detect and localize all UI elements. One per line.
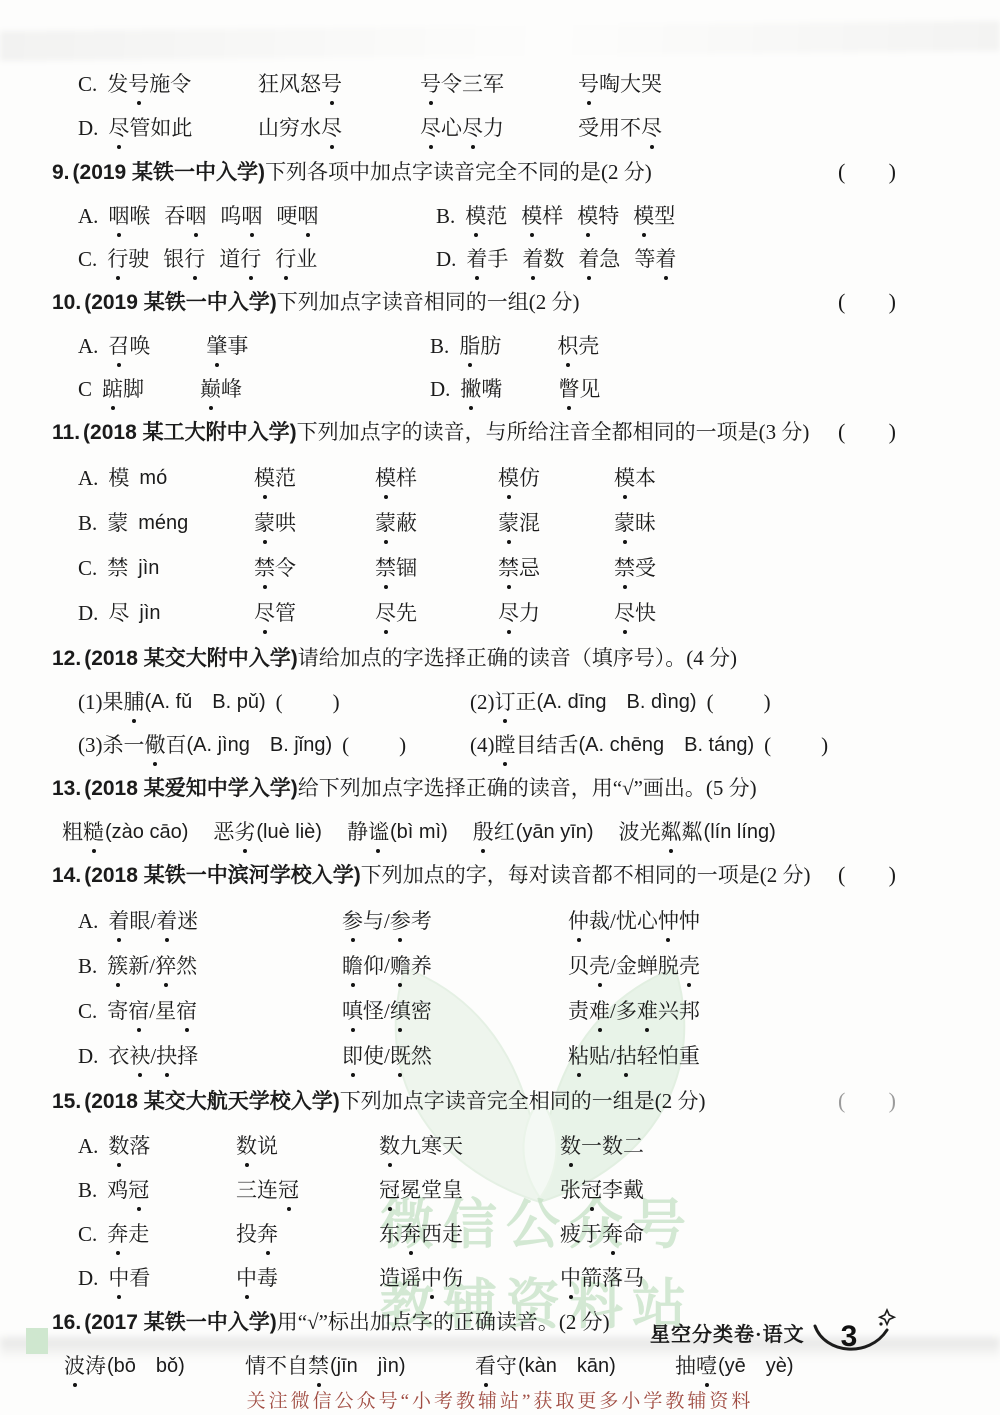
option-cell: 模范 <box>254 464 375 492</box>
word: 数九寒天 <box>379 1132 463 1160</box>
paren-open: ( <box>838 418 845 446</box>
word: 蒙昧 <box>614 509 656 537</box>
word: 吞咽 <box>164 202 206 230</box>
pinyin: mó <box>139 464 167 492</box>
paren-close: ) <box>889 158 896 186</box>
question-rows: (1)果脯(A. fǔ B. pǔ)()(2)订正(A. dīng B. dìn… <box>52 688 954 759</box>
emphasized-char: 糙 <box>83 818 104 846</box>
char: 裁 <box>589 907 610 935</box>
emphasized-char: 尽 <box>641 114 662 142</box>
emphasized-char: 奔 <box>400 1220 421 1248</box>
char: 如 <box>150 114 171 142</box>
option-cell: 尽心尽力 <box>420 114 578 142</box>
char: 新 <box>128 952 149 980</box>
emphasized-char: 禁 <box>375 554 396 582</box>
pinyin: jìn <box>138 554 159 582</box>
option-cell: B.蒙méng <box>78 509 254 537</box>
char: 轻 <box>637 1042 658 1070</box>
char: 快 <box>635 599 656 627</box>
char: 仿 <box>519 464 540 492</box>
option-label: (2) <box>470 688 495 716</box>
option-label: (4) <box>470 731 495 759</box>
paren-open: ( <box>838 288 845 316</box>
word-group: 山穷水尽 <box>258 114 342 142</box>
emphasized-char: 难 <box>589 997 610 1025</box>
option-row: D.衣袂/抉择即使/既然粘贴/拈轻怕重 <box>78 1042 954 1070</box>
word-group: 贝壳/金蝉脱壳 <box>568 952 700 980</box>
word: 中看 <box>108 1264 150 1292</box>
question-source: (2018 某爱知中学入学) <box>84 777 298 800</box>
emphasized-char: 抉 <box>156 1042 177 1070</box>
word-group: 蒙哄 <box>254 509 296 537</box>
char: 看 <box>129 1264 150 1292</box>
answer-bracket: () <box>838 288 896 316</box>
option-cell: 东奔西走 <box>379 1220 560 1248</box>
char: 走 <box>442 1220 463 1248</box>
char: 蒙 <box>107 509 128 537</box>
word: 杀一儆百 <box>103 731 187 759</box>
word-group: 号啕大哭 <box>578 70 662 98</box>
emphasized-char: 模 <box>498 464 519 492</box>
emphasized-char: 奔 <box>257 1220 278 1248</box>
word: 冠冕堂皇 <box>379 1176 463 1204</box>
emphasized-char: 中 <box>108 1264 129 1292</box>
word: 尽管如此 <box>108 114 192 142</box>
char: 杀 <box>103 731 124 759</box>
option-row: A.模mó模范模样模仿模本 <box>78 464 954 492</box>
char: 道 <box>219 245 240 273</box>
word-group: 疲于奔命 <box>560 1220 644 1248</box>
emphasized-char: 宿 <box>176 997 197 1025</box>
emphasized-char: 忡 <box>658 907 679 935</box>
char: 自 <box>287 1352 308 1380</box>
char: 哽 <box>276 202 297 230</box>
char: 狂 <box>258 70 279 98</box>
char: 于 <box>581 1220 602 1248</box>
word: 模范 <box>254 464 296 492</box>
emphasized-char: 谧 <box>368 818 389 846</box>
word-group: 殷红(yān yīn) <box>473 818 594 846</box>
emphasized-char: 脂 <box>459 332 480 360</box>
question-source: (2017 某铁一中入学) <box>84 1311 277 1334</box>
word: 果脯 <box>103 688 145 716</box>
char: 忌 <box>519 554 540 582</box>
word: 粘贴/拈轻怕重 <box>568 1042 700 1070</box>
word: 禁锢 <box>375 554 417 582</box>
char: 力 <box>483 114 504 142</box>
question-rows: A.召唤肇事B.脂肪枳壳C踮脚巅峰D.撇嘴瞥见 <box>52 332 954 403</box>
emphasized-char: 着 <box>655 245 676 273</box>
word-group: 号令三军 <box>420 70 504 98</box>
option-cell: (3)杀一儆百(A. jìng B. jǐng)() <box>78 731 470 759</box>
char: 怒 <box>300 70 321 98</box>
char: 走 <box>128 1220 149 1248</box>
emphasized-char: 既 <box>390 1042 411 1070</box>
pinyin-suffix: (luè liè) <box>256 818 322 846</box>
option-row: 粗糙(zào cāo)恶劣(luè liè)静谧(bì mì)殷红(yān yī… <box>62 818 954 846</box>
char: 果 <box>103 688 124 716</box>
emphasized-char: 奔 <box>107 1220 128 1248</box>
word-group: 张冠李戴 <box>560 1176 644 1204</box>
word-group: 尽管 <box>254 599 296 627</box>
emphasized-char: 宿 <box>128 997 149 1025</box>
question-header: 14.(2018 某铁一中滨河学校入学)下列加点的字，每对读音都不相同的一项是(… <box>52 861 954 890</box>
char: 受 <box>578 114 599 142</box>
word-group: 衣袂/抉择 <box>108 1042 198 1070</box>
paren-close: ) <box>889 288 896 316</box>
char: 呜 <box>220 202 241 230</box>
word: 发号施令 <box>107 70 191 98</box>
emphasized-char: 模 <box>614 464 635 492</box>
question-stem: 请给加点的字选择正确的读音（填序号）。(4 分) <box>298 646 737 670</box>
option-cell: 蒙混 <box>498 509 614 537</box>
word-group: 冠冕堂皇 <box>379 1176 463 1204</box>
char: 衣 <box>108 1042 129 1070</box>
emphasized-char: 数 <box>560 1132 581 1160</box>
option-label: D. <box>78 114 98 142</box>
option-cell: 尽管 <box>254 599 375 627</box>
emphasized-char: 踮 <box>102 375 123 403</box>
char: 哭 <box>641 70 662 98</box>
paren-close: ) <box>889 861 896 889</box>
question-stem: 用“√”标出加点字的正确读音。(2 分) <box>277 1310 610 1334</box>
word: 着急 <box>578 245 620 273</box>
option-label: C. <box>78 554 97 582</box>
pinyin-suffix: (lín líng) <box>704 818 776 846</box>
emphasized-char: 禁 <box>614 554 635 582</box>
option-cell: 中箭落马 <box>560 1264 954 1292</box>
word-group: 数九寒天 <box>379 1132 463 1160</box>
question-rows: A.着眼/着迷参与/参考仲裁/忧心忡忡B.簇新/猝然瞻仰/赡养贝壳/金蝉脱壳C.… <box>52 907 954 1070</box>
char: 情 <box>245 1352 266 1380</box>
option-label: B. <box>430 332 449 360</box>
word: 着手 <box>466 245 508 273</box>
word-group: 尽心尽力 <box>420 114 504 142</box>
char: 使 <box>363 1042 384 1070</box>
char: 戴 <box>623 1176 644 1204</box>
word: 等着 <box>634 245 676 273</box>
word-group: 参与/参考 <box>342 907 432 935</box>
word-group: 召唤肇事 <box>108 332 248 360</box>
emphasized-char: 袂 <box>129 1042 150 1070</box>
emphasized-char: 殷 <box>473 818 494 846</box>
option-row: A.着眼/着迷参与/参考仲裁/忧心忡忡 <box>78 907 954 935</box>
word-group: 着手着数着急等着 <box>466 245 676 273</box>
word-group: 粗糙(zào cāo) <box>62 818 188 846</box>
question-source: (2018 某交大附中入学) <box>84 647 298 670</box>
question-number: 12. <box>52 647 81 670</box>
char: 密 <box>411 997 432 1025</box>
option-cell: 即使/既然 <box>342 1042 568 1070</box>
option-row: C.行驶银行道行行业D.着手着数着急等着 <box>78 245 954 273</box>
word-group: 簇新/猝然 <box>107 952 197 980</box>
char: 尽 <box>108 599 129 627</box>
option-cell: 瞻仰/赡养 <box>342 952 568 980</box>
word-group: 订正 <box>495 688 537 716</box>
word: 簇新/猝然 <box>107 952 197 980</box>
word: 禁忌 <box>498 554 540 582</box>
emphasized-char: 着 <box>522 245 543 273</box>
option-cell: B.簇新/猝然 <box>78 952 342 980</box>
word-group: 寄宿/星宿 <box>107 997 197 1025</box>
option-row: (3)杀一儆百(A. jìng B. jǐng)()(4)瞠目结舌(A. chē… <box>78 731 954 759</box>
question-14: 14.(2018 某铁一中滨河学校入学)下列加点的字，每对读音都不相同的一项是(… <box>52 861 954 1070</box>
word-group: 三连冠 <box>236 1176 299 1204</box>
char: 粼 <box>682 818 703 846</box>
paren-close: ) <box>889 1087 896 1115</box>
emphasized-char: 壳 <box>589 952 610 980</box>
char: 大 <box>620 70 641 98</box>
word-group: 禁令 <box>254 554 296 582</box>
word-group: 受用不尽 <box>578 114 662 142</box>
word: 模范 <box>465 202 507 230</box>
emphasized-char: 难 <box>637 997 658 1025</box>
word-group: 投奔 <box>236 1220 278 1248</box>
emphasized-char: 尽 <box>498 599 519 627</box>
word-group: 嗔怪/缜密 <box>342 997 432 1025</box>
char: 特 <box>598 202 619 230</box>
option-label: D. <box>436 245 456 273</box>
emphasized-char: 尽 <box>462 114 483 142</box>
char: 脱 <box>658 952 679 980</box>
emphasized-char: 猝 <box>155 952 176 980</box>
char: 天 <box>442 1132 463 1160</box>
word-group: 数落 <box>108 1132 150 1160</box>
question-stem: 下列加点字读音完全相同的一组是(2 分) <box>340 1089 706 1113</box>
char: 然 <box>176 952 197 980</box>
word-group: 行驶银行道行行业 <box>107 245 317 273</box>
word: 禁 <box>107 554 128 582</box>
question-number: 9. <box>52 161 70 184</box>
emphasized-char: 仲 <box>568 907 589 935</box>
emphasized-char: 模 <box>633 202 654 230</box>
pinyin-suffix: (bì mì) <box>390 818 448 846</box>
word: 枳壳 <box>557 332 599 360</box>
question-number: 14. <box>52 864 81 887</box>
question-stem: 给下列加点字选择正确的读音，用“√”画出。(5 分) <box>298 776 757 800</box>
emphasized-char: 参 <box>390 907 411 935</box>
pinyin-suffix: (yān yīn) <box>516 818 594 846</box>
option-cell: C.发号施令 <box>78 70 258 98</box>
option-cell: 蒙哄 <box>254 509 375 537</box>
char: 投 <box>236 1220 257 1248</box>
option-label: B. <box>78 952 97 980</box>
answer-blank: () <box>707 688 771 716</box>
emphasized-char: 行 <box>184 245 205 273</box>
answer-blank: () <box>276 688 340 716</box>
char: 峰 <box>221 375 242 403</box>
option-cell: 殷红(yān yīn) <box>473 818 594 846</box>
word: 衣袂/抉择 <box>108 1042 198 1070</box>
option-cell: 静谧(bì mì) <box>347 818 448 846</box>
answer-blank: () <box>342 731 406 759</box>
question-header: 12.(2018 某交大附中入学)请给加点的字选择正确的读音（填序号）。(4 分… <box>52 644 954 673</box>
emphasized-char: 咽 <box>297 202 318 230</box>
char: 啕 <box>599 70 620 98</box>
word: 脂肪 <box>459 332 501 360</box>
option-row: C.发号施令狂风怒号号令三军号啕大哭 <box>78 70 954 98</box>
char: 令 <box>170 70 191 98</box>
word-group: 禁 <box>107 554 128 582</box>
option-row: B.鸡冠三连冠冠冕堂皇张冠李戴 <box>78 1176 954 1204</box>
word: 波光粼粼(lín líng) <box>619 818 776 846</box>
word: 模型 <box>633 202 675 230</box>
emphasized-char: 蒙 <box>254 509 275 537</box>
emphasized-char: 巅 <box>200 375 221 403</box>
word-group: 蒙昧 <box>614 509 656 537</box>
footer-brand: 星空分类卷·语文 <box>650 1318 805 1347</box>
word: 嗔怪/缜密 <box>342 997 432 1025</box>
pronunciation-choices: (A. dīng B. dìng) <box>537 688 697 716</box>
char: 波 <box>619 818 640 846</box>
char: 九 <box>400 1132 421 1160</box>
char: 壳 <box>578 332 599 360</box>
word-group: 中看 <box>108 1264 150 1292</box>
char: 命 <box>623 1220 644 1248</box>
char: 兴 <box>658 997 679 1025</box>
word: 山穷水尽 <box>258 114 342 142</box>
question-rows: A.咽喉吞咽呜咽哽咽B.模范模样模特模型C.行驶银行道行行业D.着手着数着急等着 <box>52 202 954 273</box>
word: 中毒 <box>236 1264 278 1292</box>
char: 样 <box>396 464 417 492</box>
emphasized-char: 行 <box>107 245 128 273</box>
word-group: 模样 <box>375 464 417 492</box>
paren-open: ( <box>342 731 349 759</box>
word: 禁令 <box>254 554 296 582</box>
word: 模本 <box>614 464 656 492</box>
question-source: (2018 某工大附中入学) <box>83 421 297 444</box>
emphasized-char: 数 <box>379 1132 400 1160</box>
char: 鸡 <box>107 1176 128 1204</box>
char: 落 <box>129 1132 150 1160</box>
word: 造谣中伤 <box>379 1264 463 1292</box>
emphasized-char: 瞥 <box>558 375 579 403</box>
page-number-swoosh: 3 <box>811 1308 897 1364</box>
char: 寒 <box>421 1132 442 1160</box>
option-cell: A.咽喉吞咽呜咽哽咽 <box>78 202 436 230</box>
emphasized-char: 脯 <box>124 688 145 716</box>
word: 蒙 <box>107 509 128 537</box>
question-11: 11.(2018 某工大附中入学)下列加点字的读音，与所给注音全都相同的一项是(… <box>52 418 954 627</box>
word: 尽 <box>108 599 129 627</box>
word: 贝壳/金蝉脱壳 <box>568 952 700 980</box>
option-cell: 禁忌 <box>498 554 614 582</box>
option-cell: 看守(kàn kān) <box>475 1352 675 1380</box>
question-13: 13.(2018 某爱知中学入学)给下列加点字选择正确的读音，用“√”画出。(5… <box>52 774 954 846</box>
emphasized-char: 瞻 <box>342 952 363 980</box>
char: 伤 <box>442 1264 463 1292</box>
word-group: 杀一儆百 <box>103 731 187 759</box>
word-group: 东奔西走 <box>379 1220 463 1248</box>
option-row: B.蒙méng蒙哄蒙蔽蒙混蒙昧 <box>78 509 954 537</box>
char: 恶 <box>213 818 234 846</box>
question-number: 13. <box>52 777 81 800</box>
char: 穷 <box>279 114 300 142</box>
question-source: (2019 某铁一中入学) <box>73 161 266 184</box>
char: 眼 <box>129 907 150 935</box>
char: 管 <box>129 114 150 142</box>
char: 哄 <box>275 509 296 537</box>
char: 急 <box>599 245 620 273</box>
pronunciation-choices: (A. chēng B. táng) <box>579 731 755 759</box>
word: 静谧(bì mì) <box>347 818 448 846</box>
emphasized-char: 即 <box>342 1042 363 1070</box>
word: 张冠李戴 <box>560 1176 644 1204</box>
word-group: 模范模样模特模型 <box>465 202 675 230</box>
emphasized-char: 禁 <box>498 554 519 582</box>
word: 尽力 <box>498 599 540 627</box>
word-group: 禁忌 <box>498 554 540 582</box>
emphasized-char: 模 <box>577 202 598 230</box>
option-cell: A.模mó <box>78 464 254 492</box>
char: 百 <box>166 731 187 759</box>
question-10: 10.(2019 某铁一中入学)下列加点字读音相同的一组(2 分)()A.召唤肇… <box>52 288 954 403</box>
char: 箭 <box>581 1264 602 1292</box>
option-row: C.奔走投奔东奔西走疲于奔命 <box>78 1220 954 1248</box>
option-cell: (4)瞠目结舌(A. chēng B. táng)() <box>470 731 954 759</box>
emphasized-char: 粼 <box>661 818 682 846</box>
char: 事 <box>227 332 248 360</box>
word-group: 脂肪枳壳 <box>459 332 599 360</box>
option-row: B.簇新/猝然瞻仰/赡养贝壳/金蝉脱壳 <box>78 952 954 980</box>
char: 怕 <box>658 1042 679 1070</box>
emphasized-char: 号 <box>128 70 149 98</box>
char: 粗 <box>62 818 83 846</box>
word-group: 中毒 <box>236 1264 278 1292</box>
char: 混 <box>519 509 540 537</box>
char: 落 <box>602 1264 623 1292</box>
word-group: 撇嘴瞥见 <box>460 375 600 403</box>
char: 脚 <box>123 375 144 403</box>
word: 殷红(yān yīn) <box>473 818 594 846</box>
question-rows: 粗糙(zào cāo)恶劣(luè liè)静谧(bì mì)殷红(yān yī… <box>52 818 954 846</box>
emphasized-char: 赡 <box>390 952 411 980</box>
option-cell: D.着手着数着急等着 <box>436 245 954 273</box>
char: 疲 <box>560 1220 581 1248</box>
option-label: B. <box>436 202 455 230</box>
question-8-partial: C.发号施令狂风怒号号令三军号啕大哭D.尽管如此山穷水尽尽心尽力受用不尽 <box>52 70 954 142</box>
char: 水 <box>300 114 321 142</box>
word: 恶劣(luè liè) <box>213 818 322 846</box>
emphasized-char: 冠 <box>278 1176 299 1204</box>
paren-close: ) <box>399 731 406 759</box>
word-group: 模 <box>108 464 129 492</box>
char: 忧 <box>616 907 637 935</box>
option-cell: 禁受 <box>614 554 954 582</box>
char: 锢 <box>396 554 417 582</box>
question-source: (2018 某铁一中滨河学校入学) <box>84 864 361 887</box>
pinyin: jìn <box>139 599 160 627</box>
char: 唤 <box>129 332 150 360</box>
char: 力 <box>519 599 540 627</box>
word-group: 瞻仰/赡养 <box>342 952 432 980</box>
char: 仰 <box>363 952 384 980</box>
pinyin: méng <box>138 509 188 537</box>
word: 呜咽 <box>220 202 262 230</box>
char: 堂 <box>421 1176 442 1204</box>
word: 模样 <box>521 202 563 230</box>
option-cell: D.中看 <box>78 1264 236 1292</box>
paren-close: ) <box>764 688 771 716</box>
char: 寄 <box>107 997 128 1025</box>
option-row: (1)果脯(A. fǔ B. pǔ)()(2)订正(A. dīng B. dìn… <box>78 688 954 716</box>
option-label: C. <box>78 245 97 273</box>
word-group: 仲裁/忧心忡忡 <box>568 907 700 935</box>
option-cell: 张冠李戴 <box>560 1176 954 1204</box>
question-number: 16. <box>52 1311 81 1334</box>
word: 波涛(bō bǒ) <box>64 1352 185 1380</box>
word: 踮脚 <box>102 375 144 403</box>
